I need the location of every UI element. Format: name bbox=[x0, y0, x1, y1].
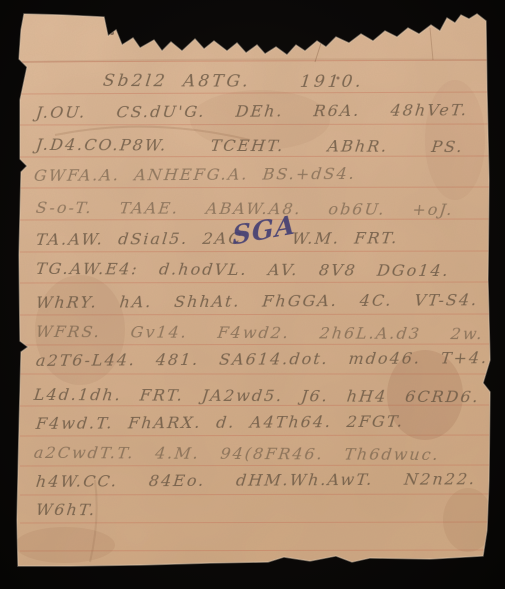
letter-date: 1910. bbox=[299, 73, 365, 92]
handwritten-line: F4wd.T. FhARX. d. A4Th64. 2FGT. bbox=[35, 412, 405, 433]
handwritten-line: a2T6-L44. 481. SA614.dot. mdo46. T+4. bbox=[35, 348, 489, 370]
handwritten-line: W6hT. bbox=[35, 500, 97, 519]
handwritten-line: GWFA.A. ANHEFG.A. BS.+dS4. bbox=[33, 164, 357, 185]
photo-background: Sb2l2 A8TG. 1910. J.OU. CS.dU'G. DEh. R6… bbox=[0, 0, 505, 589]
letter-heading: Sb2l2 A8TG. bbox=[102, 72, 252, 92]
handwritten-line: J.OU. CS.dU'G. DEh. R6A. 48hVeT. bbox=[35, 100, 469, 122]
handwritten-line: S-o-T. TAAE. ABAW.A8. ob6U. +oJ. bbox=[35, 198, 455, 219]
handwritten-line: TA.AW. dSial5. 2AC bbox=[35, 229, 243, 249]
handwritten-line: a2CwdT.T. 4.M. 94(8FR46. Th6dwuc. bbox=[33, 443, 441, 464]
handwritten-line: TG.AW.E4: d.hodVL. AV. 8V8 DGo14. bbox=[35, 259, 451, 280]
handwritten-line: WFRS. Gv14. F4wd2. 2h6L.A.d3 2w. bbox=[35, 322, 485, 343]
handwritten-line: W.M. FRT. bbox=[291, 228, 400, 248]
handwritten-line: h4W.CC. 84Eo. dHM.Wh.AwT. N2n22. bbox=[35, 469, 477, 491]
handwritten-line: WhRY. hA. ShhAt. FhGGA. 4C. VT-S4. bbox=[35, 290, 479, 312]
handwriting-layer: Sb2l2 A8TG. 1910. J.OU. CS.dU'G. DEh. R6… bbox=[0, 0, 505, 589]
handwritten-line: L4d.1dh. FRT. JA2wd5. J6. hH4 6CRD6. bbox=[33, 385, 481, 406]
handwritten-line: J.D4.CO.P8W. TCEHT. ABhR. PS. bbox=[35, 135, 465, 156]
